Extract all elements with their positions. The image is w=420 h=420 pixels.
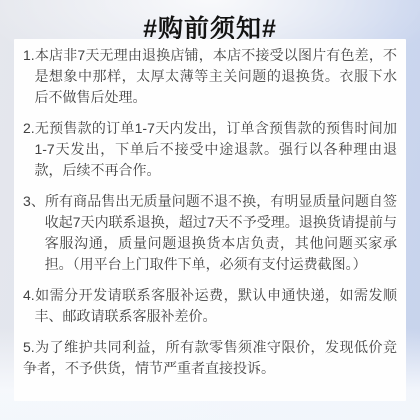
notice-paragraph-1: 1.本店非7天无理由退换店铺，本店不接受以图片有色差，不是想象中那样，太厚太薄等… (23, 45, 397, 108)
notice-paragraph-5: 5.为了维护共同利益，所有款零售须准守限价，发现低价竞争者，不予供货，情节严重者… (23, 337, 397, 379)
notice-paragraph-3: 3、所有商品售出无质量问题不退不换，有明显质量问题自签收起7天内联系退换，超过7… (23, 191, 397, 275)
notice-panel: 1.本店非7天无理由退换店铺，本店不接受以图片有色差，不是想象中那样，太厚太薄等… (14, 39, 406, 401)
notice-image: #购前须知# 1.本店非7天无理由退换店铺，本店不接受以图片有色差，不是想象中那… (0, 0, 420, 420)
notice-paragraph-2: 2.无预售款的订单1-7天内发出，订单含预售款的预售时间加1-7天发出，下单后不… (23, 118, 397, 181)
notice-paragraph-4: 4.如需分开发请联系客服补运费，默认申通快递，如需发顺丰、邮政请联系客服补差价。 (23, 285, 397, 327)
